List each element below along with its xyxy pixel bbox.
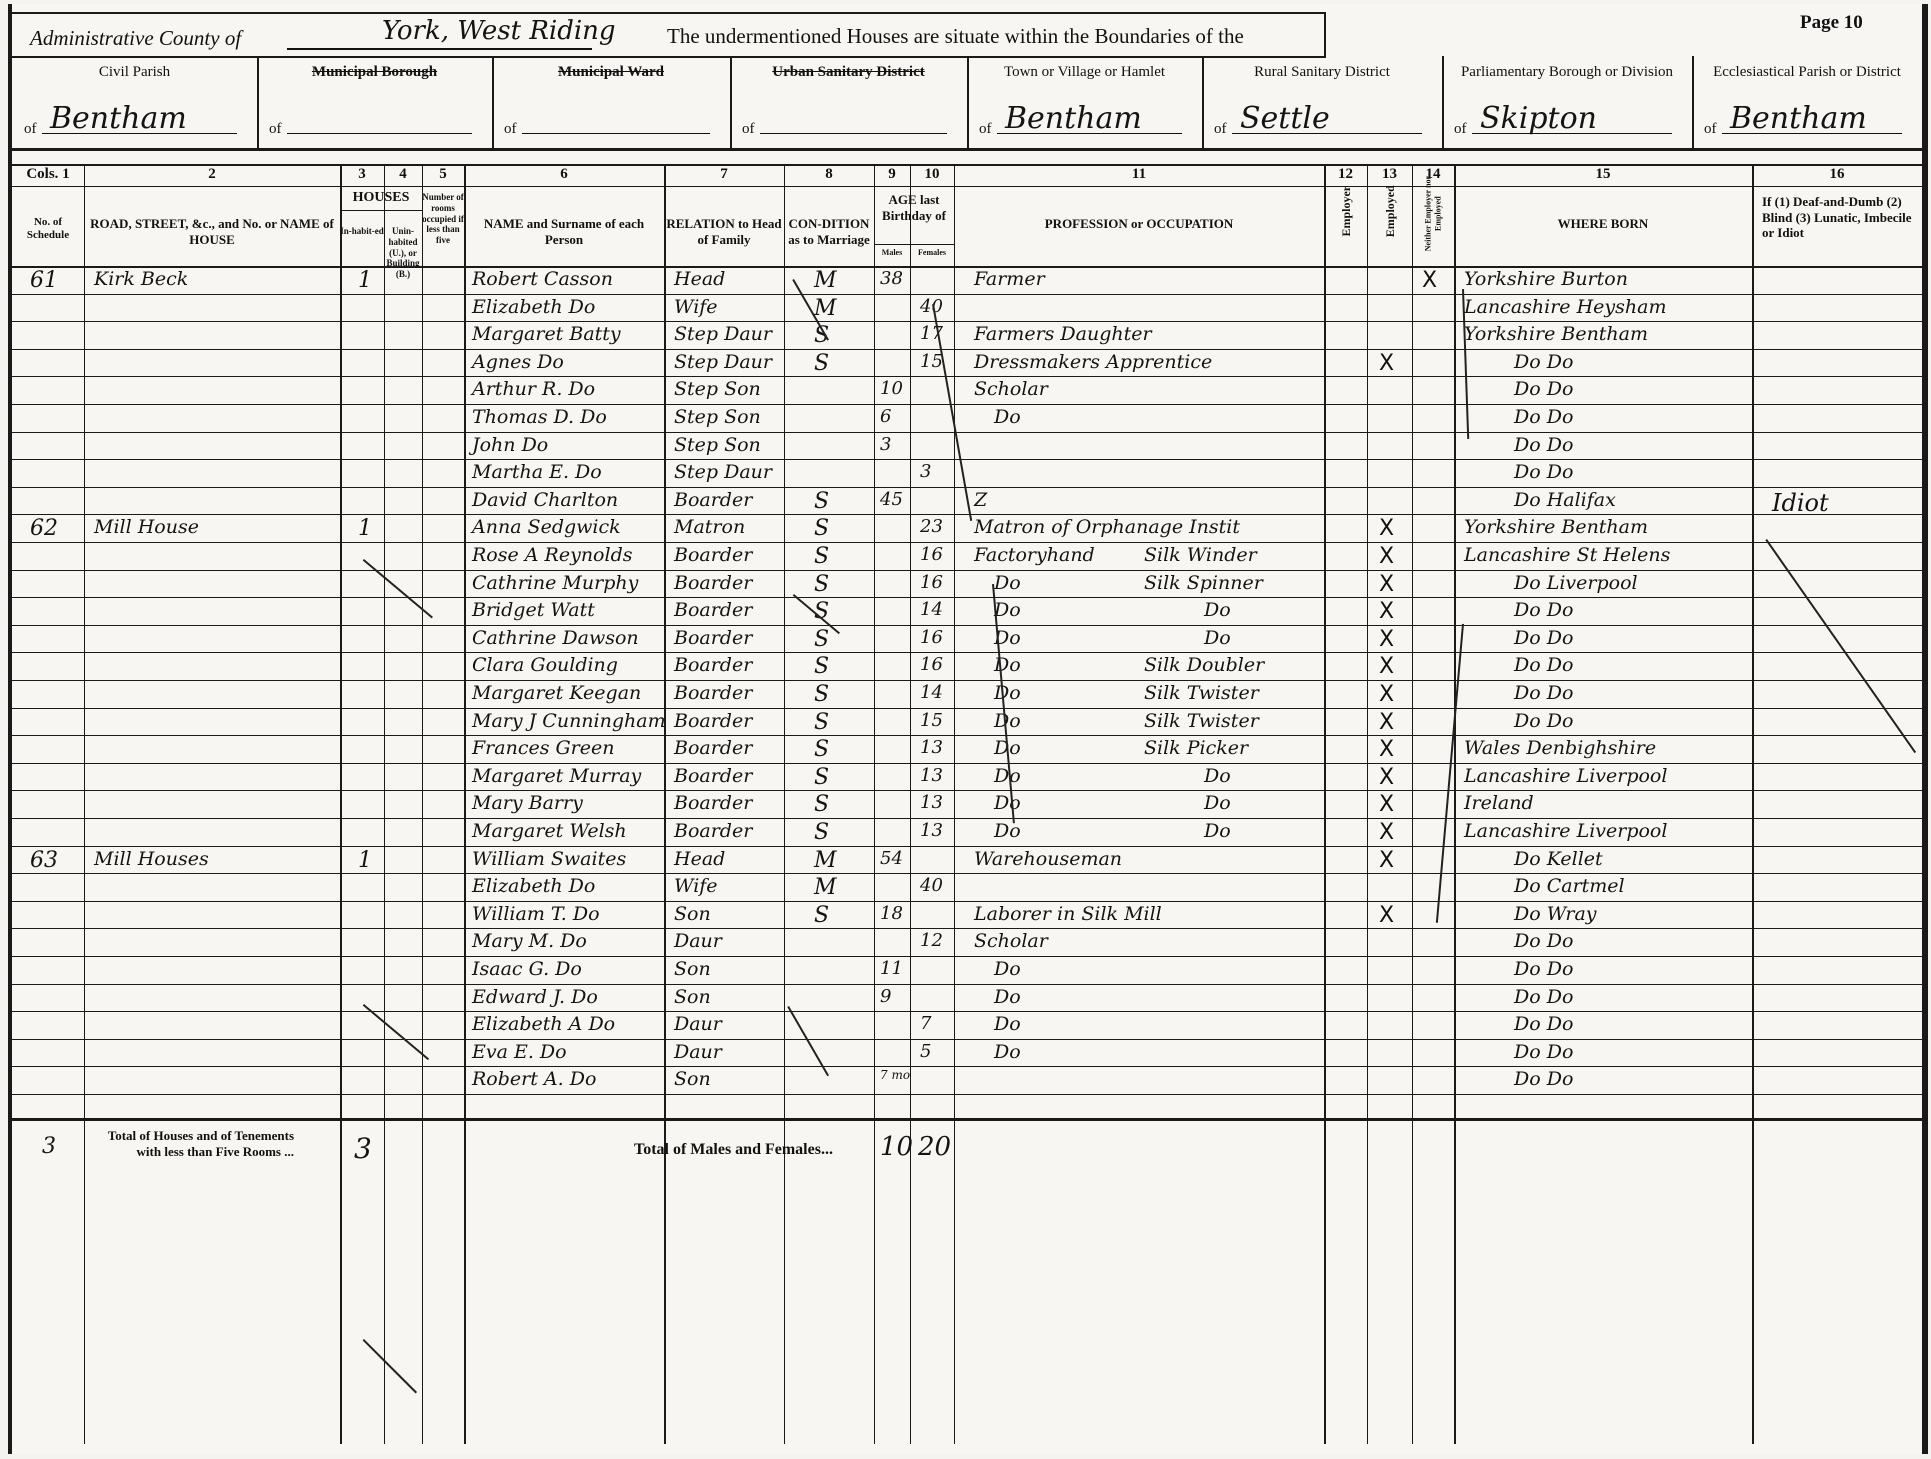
occupation: Farmers Daughter [974,323,1152,345]
age-male: 6 [880,406,891,427]
person-name: William T. Do [472,903,600,925]
person-name: David Charlton [472,489,618,511]
person-name: William Swaites [472,848,626,870]
boundary-value: Bentham [1730,101,1867,136]
column-header-c4: Unin-habited (U.), or Building (B.) [384,226,422,280]
boundary-row: Civil ParishofBenthamMunicipal Boroughof… [12,56,1922,151]
relation: Step Son [674,406,761,428]
employed-mark: X [1379,903,1394,928]
relation: Step Son [674,434,761,456]
tally-stroke [1765,539,1916,753]
birthplace: Lancashire Liverpool [1464,765,1667,787]
table-row-rule [12,956,1922,957]
table-row-rule [12,680,1922,681]
column-divider [1412,164,1413,1444]
column-divider [384,164,385,1444]
condition: M [814,268,837,293]
houses-header: HOUSES [340,190,422,207]
occupation: Farmer [974,268,1045,290]
relation: Son [674,958,711,980]
relation: Son [674,1068,711,1090]
neither-mark: X [1422,268,1437,293]
age-female: 40 [920,875,943,896]
birthplace: Do Do [1514,1041,1573,1063]
occupation: Do [994,682,1021,704]
occupation: Do [994,406,1021,428]
boundary-underline [522,133,710,134]
houses-rule [340,210,422,211]
boundary-municipal-borough: Municipal Boroughof [257,56,494,148]
person-name: Rose A Reynolds [472,544,633,566]
boundary-label: Municipal Borough [257,64,492,81]
relation: Boarder [674,654,752,676]
condition: S [814,654,829,679]
occupation: Do [994,572,1021,594]
person-name: Martha E. Do [472,461,602,483]
person-name: Arthur R. Do [472,378,595,400]
birthplace: Wales Denbighshire [1464,737,1656,759]
footer-houses-label: Total of Houses and of Tenements with le… [104,1128,294,1161]
relation: Boarder [674,710,752,732]
table-row-rule [12,818,1922,819]
relation: Boarder [674,682,752,704]
person-name: Bridget Watt [472,599,595,621]
person-name: Cathrine Murphy [472,572,638,594]
age-female: 7 [920,1013,931,1034]
column-divider [464,164,466,1444]
occupation-detail: Silk Picker [1144,737,1248,759]
column-divider [422,164,423,1444]
column-header-c2: ROAD, STREET, &c., and No. or NAME of HO… [84,216,340,247]
occupation: Dressmakers Apprentice [974,351,1212,373]
condition: M [814,875,837,900]
boundary-of: of [269,121,282,138]
age-female: 13 [920,792,943,813]
boundary-label: Ecclesiastical Parish or District [1692,64,1922,81]
boundary-value: Settle [1240,101,1330,136]
table-row-rule [12,1066,1922,1067]
boundary-of: of [504,121,517,138]
person-name: Thomas D. Do [472,406,607,428]
birthplace: Do Do [1514,461,1573,483]
occupation-detail: Silk Spinner [1144,572,1263,594]
column-header-c13: Employed [1382,171,1396,251]
birthplace: Do Do [1514,627,1573,649]
table-row-rule [12,349,1922,350]
birthplace: Do Do [1514,930,1573,952]
relation: Boarder [674,765,752,787]
age-male: 45 [880,489,903,510]
column-header-c7: RELATION to Head of Family [664,216,784,247]
birthplace: Do Do [1514,1068,1573,1090]
person-name: Clara Goulding [472,654,618,676]
condition: M [814,848,837,873]
table-row-rule [12,652,1922,653]
house-name: Mill Houses [94,848,209,870]
table-row-rule [12,873,1922,874]
footer-males-total: 10 [880,1132,913,1162]
occupation: Do [994,599,1021,621]
occupation-detail: Do [1204,599,1231,621]
age-male: 18 [880,903,903,924]
person-name: Cathrine Dawson [472,627,639,649]
person-name: Mary M. Do [472,930,587,952]
age-subheader-c10: Females [910,248,954,258]
person-name: Margaret Batty [472,323,621,345]
age-female: 16 [920,544,943,565]
birthplace: Do Cartmel [1514,875,1625,897]
relation: Head [674,848,725,870]
boundary-town-or-village-or-hamlet: Town or Village or HamletofBentham [967,56,1204,148]
employed-mark: X [1379,765,1394,790]
boundary-value: Bentham [50,101,187,136]
occupation: Warehouseman [974,848,1122,870]
birthplace: Lancashire Heysham [1464,296,1666,318]
column-header-c11: PROFESSION or OCCUPATION [954,216,1324,232]
age-male: 3 [880,434,891,455]
employed-mark: X [1379,710,1394,735]
column-header-c1: No. of Schedule [12,216,84,242]
occupation: Do [994,710,1021,732]
boundary-label: Municipal Ward [492,64,730,81]
relation: Boarder [674,599,752,621]
occupation-detail: Do [1204,792,1231,814]
boundary-of: of [1704,121,1717,138]
occupation-detail: Silk Winder [1144,544,1257,566]
age-female: 16 [920,627,943,648]
footer-persons-label: Total of Males and Females... [634,1140,833,1160]
person-name: Robert Casson [472,268,613,290]
person-name: Eva E. Do [472,1041,567,1063]
relation: Wife [674,296,718,318]
table-row-rule [12,790,1922,791]
relation: Boarder [674,489,752,511]
birthplace: Do Do [1514,682,1573,704]
table-row-rule [12,928,1922,929]
person-name: Elizabeth A Do [472,1013,615,1035]
house-name: Mill House [94,516,199,538]
inhabited-count: 1 [358,848,372,873]
column-divider [1454,164,1456,1444]
occupation: Laborer in Silk Mill [974,903,1162,925]
boundary-ecclesiastical-parish-or-district: Ecclesiastical Parish or DistrictofBenth… [1692,56,1922,148]
boundary-label: Town or Village or Hamlet [967,64,1202,81]
occupation: Scholar [974,930,1048,952]
table-row-rule [12,846,1922,847]
age-female: 15 [920,351,943,372]
relation: Step Daur [674,351,772,373]
age-male: 10 [880,378,903,399]
occupation: Factoryhand [974,544,1095,566]
age-male: 11 [880,958,903,979]
person-name: Margaret Welsh [472,820,627,842]
person-name: Isaac G. Do [472,958,582,980]
person-name: Mary Barry [472,792,583,814]
occupation: Do [994,1041,1021,1063]
relation: Step Daur [674,323,772,345]
birthplace: Do Liverpool [1514,572,1638,594]
age-male: 7 mo [880,1068,910,1082]
table-row-rule [12,321,1922,322]
boundary-rural-sanitary-district: Rural Sanitary DistrictofSettle [1202,56,1444,148]
age-female: 16 [920,654,943,675]
footer-females-total: 20 [918,1132,951,1162]
birthplace: Do Kellet [1514,848,1603,870]
column-header-c6: NAME and Surname of each Person [464,216,664,247]
condition: S [814,627,829,652]
occupation: Do [994,1013,1021,1035]
house-name: Kirk Beck [94,268,188,290]
birthplace: Do Do [1514,710,1573,732]
person-name: Edward J. Do [472,986,598,1008]
birthplace: Do Do [1514,406,1573,428]
relation: Son [674,986,711,1008]
relation: Head [674,268,725,290]
relation: Son [674,903,711,925]
occupation-detail: Do [1204,820,1231,842]
table-row-rule [12,404,1922,405]
footer-rule [12,1118,1922,1121]
boundary-label: Civil Parish [12,64,257,81]
boundary-of: of [742,121,755,138]
birthplace: Do Do [1514,1013,1573,1035]
birthplace: Do Do [1514,378,1573,400]
relation: Boarder [674,737,752,759]
age-female: 13 [920,765,943,786]
condition: M [814,296,837,321]
boundary-of: of [24,121,37,138]
condition: S [814,682,829,707]
occupation-detail: Silk Twister [1144,710,1259,732]
boundary-urban-sanitary-district: Urban Sanitary Districtof [730,56,969,148]
boundary-municipal-ward: Municipal Wardof [492,56,732,148]
occupation: Do [994,958,1021,980]
boundary-of: of [1454,121,1467,138]
age-male: 54 [880,848,903,869]
column-header-c15: WHERE BORN [1454,216,1752,232]
occupation: Do [994,986,1021,1008]
person-name: Agnes Do [472,351,564,373]
footer-houses-total: 3 [354,1132,372,1165]
birthplace: Do Do [1514,599,1573,621]
census-page: Administrative County of York, West Ridi… [8,4,1928,1454]
employed-mark: X [1379,572,1394,597]
employed-mark: X [1379,820,1394,845]
occupation-detail: Do [1204,765,1231,787]
table-row-rule [12,763,1922,764]
condition: S [814,710,829,735]
table-row-rule [12,1011,1922,1012]
boundary-parliamentary-borough-or-division: Parliamentary Borough or DivisionofSkipt… [1442,56,1694,148]
age-female: 14 [920,599,943,620]
condition: S [814,903,829,928]
age-female: 16 [920,572,943,593]
column-header-c5: Number of rooms occupied if less than fi… [422,192,464,246]
column-header-c8: CON-DITION as to Marriage [784,216,874,247]
age-female: 23 [920,516,943,537]
occupation: Do [994,792,1021,814]
column-divider [664,164,666,1444]
table-row-rule [12,487,1922,488]
tally-stroke [1436,624,1464,923]
column-divider [340,164,342,1444]
birthplace: Do Wray [1514,903,1597,925]
relation: Boarder [674,792,752,814]
birthplace: Ireland [1464,792,1534,814]
age-female: 13 [920,820,943,841]
relation: Boarder [674,820,752,842]
relation: Step Son [674,378,761,400]
boundary-underline [760,133,947,134]
person-name: Robert A. Do [472,1068,596,1090]
employed-mark: X [1379,848,1394,873]
table-row-rule [12,514,1922,515]
condition: S [814,765,829,790]
age-female: 12 [920,930,943,951]
condition: S [814,792,829,817]
column-divider [84,164,85,1444]
condition: S [814,351,829,376]
occupation: Do [994,820,1021,842]
relation: Boarder [674,544,752,566]
column-divider [874,164,875,1444]
footer-schedule-total: 3 [42,1134,56,1159]
condition: S [814,572,829,597]
table-row-rule [12,597,1922,598]
boundary-underline [287,133,472,134]
employed-mark: X [1379,682,1394,707]
age-female: 3 [920,461,931,482]
header-bottom-rule [12,266,1922,268]
person-name: Elizabeth Do [472,296,595,318]
employed-mark: X [1379,792,1394,817]
age-female: 13 [920,737,943,758]
relation: Daur [674,1041,722,1063]
employed-mark: X [1379,737,1394,762]
age-male: 9 [880,986,891,1007]
column-divider [1752,164,1754,1444]
table-row-rule [12,708,1922,709]
condition: S [814,516,829,541]
table-row-rule [12,376,1922,377]
age-male: 38 [880,268,903,289]
table-row-rule [12,1094,1922,1095]
occupation: Scholar [974,378,1048,400]
relation: Matron [674,516,745,538]
occupation-detail: Silk Doubler [1144,654,1264,676]
condition: S [814,820,829,845]
schedule-number: 61 [30,268,58,293]
person-name: Margaret Keegan [472,682,641,704]
condition: S [814,544,829,569]
admin-county-value: York, West Riding [382,16,616,46]
relation: Daur [674,1013,722,1035]
occupation-detail: Do [1204,627,1231,649]
birthplace: Yorkshire Burton [1464,268,1628,290]
age-female: 15 [920,710,943,731]
employed-mark: X [1379,599,1394,624]
birthplace: Do Halifax [1514,489,1616,511]
condition: S [814,489,829,514]
person-name: Margaret Murray [472,765,641,787]
boundary-value: Bentham [1005,101,1142,136]
column-header-c14: Neither Employer nor Employed [1423,174,1442,254]
birthplace: Lancashire Liverpool [1464,820,1667,842]
table-row-rule [12,901,1922,902]
age-rule [874,244,954,245]
person-name: Elizabeth Do [472,875,595,897]
tally-stroke [363,1004,429,1060]
birthplace: Do Do [1514,434,1573,456]
age-female: 14 [920,682,943,703]
boundaries-heading: The undermentioned Houses are situate wi… [667,24,1244,49]
column-divider [1324,164,1326,1444]
relation: Step Daur [674,461,772,483]
table-row-rule [12,984,1922,985]
column-divider [954,164,955,1444]
employed-mark: X [1379,544,1394,569]
admin-county-label: Administrative County of [30,26,241,51]
person-name: Anna Sedgwick [472,516,621,538]
table-row-rule [12,625,1922,626]
birthplace: Do Do [1514,958,1573,980]
employed-mark: X [1379,351,1394,376]
age-header: AGE last Birthday of [874,192,954,223]
column-divider [1367,164,1368,1444]
employed-mark: X [1379,516,1394,541]
boundary-of: of [979,121,992,138]
table-row-rule [12,432,1922,433]
table-row-rule [12,459,1922,460]
birthplace: Do Do [1514,986,1573,1008]
person-name: Frances Green [472,737,615,759]
boundary-label: Rural Sanitary District [1202,64,1442,81]
column-number-rule [12,186,1922,187]
birthplace: Yorkshire Bentham [1464,516,1648,538]
inhabited-count: 1 [358,268,372,293]
table-row-rule [12,1039,1922,1040]
occupation: Z [974,489,987,511]
birthplace: Do Do [1514,654,1573,676]
table-row-rule [12,542,1922,543]
person-name: Mary J Cunningham [472,710,666,732]
relation: Wife [674,875,718,897]
table-row-rule [12,570,1922,571]
boundary-label: Parliamentary Borough or Division [1442,64,1692,81]
birthplace: Yorkshire Bentham [1464,323,1648,345]
birthplace: Do Do [1514,351,1573,373]
page-number: Page 10 [1800,12,1863,34]
schedule-number: 63 [30,848,58,873]
boundary-value: Skipton [1480,101,1597,136]
occupation-detail: Silk Twister [1144,682,1259,704]
boundary-civil-parish: Civil ParishofBentham [12,56,259,148]
age-female: 5 [920,1041,931,1062]
age-subheader-c9: Males [874,248,910,258]
table-row-rule [12,735,1922,736]
tally-stroke [932,304,972,521]
birthplace: Lancashire St Helens [1464,544,1670,566]
occupation: Matron of Orphanage Instit [974,516,1240,538]
schedule-number: 62 [30,516,58,541]
employed-mark: X [1379,654,1394,679]
column-divider [784,164,785,1444]
boundary-of: of [1214,121,1227,138]
table-row-rule [12,294,1922,295]
column-header-c12: Employer [1338,171,1352,251]
boundary-label: Urban Sanitary District [730,64,967,81]
relation: Daur [674,930,722,952]
